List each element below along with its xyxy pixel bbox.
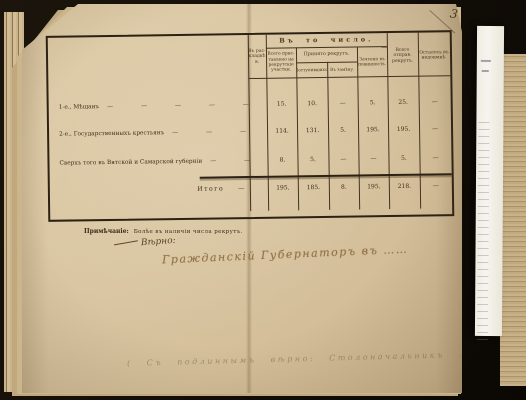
row-label-cell: 2-е., Государственныхъ крестьянъ — — — —… <box>49 128 249 138</box>
handwritten-pencil-note: ( Съ подлиннымъ вѣрно: Столоначальникъ …… <box>127 349 500 368</box>
ruled-ticks <box>477 122 490 346</box>
cell-value: 25. <box>388 99 419 106</box>
row-label-cell: 1-е., Мѣщанъ — — — — — — — — — — <box>49 101 249 111</box>
cell-value: — <box>328 155 358 162</box>
col-header-v-zamenu: Въ замѣну. <box>327 62 357 75</box>
cell-total-value: — <box>420 182 452 189</box>
col-header-vsego-otpravleno: Всего отправ. рекрутъ. <box>387 41 418 71</box>
handwritten-inscription: Гражданскій Губернаторъ въ …… <box>162 243 409 267</box>
totals-separator-rule <box>200 173 452 179</box>
page-stack-edge-right <box>500 54 526 386</box>
cell-value: 5. <box>388 155 419 162</box>
recruit-table: Въ рас- кладкѣ в. Въ то число. Всего при… <box>46 30 455 222</box>
total-label: Итого <box>197 185 224 192</box>
cell-value: 5. <box>358 99 388 106</box>
cell-value: — <box>419 98 451 105</box>
cell-value: 15. <box>267 100 297 107</box>
total-dash: — <box>238 185 246 192</box>
col-group-header-v-to-chislo: Въ то число. <box>266 33 387 48</box>
handwritten-verification: Вѣрно: <box>114 236 176 250</box>
scanned-book-photo: 37. Въ рас- кладкѣ в. Въ то число. Всего… <box>0 0 526 400</box>
faint-mark <box>481 60 491 62</box>
col-group-header-prinyato: Принято рекрутъ. <box>296 47 357 61</box>
cell-value: 131. <box>297 127 328 134</box>
dash-leader: — — — — — — — — — — <box>99 101 249 110</box>
cell-value: 5. <box>297 156 328 163</box>
cell-value: — <box>419 154 451 161</box>
cell-value: 10. <box>297 100 328 107</box>
row-label-cell: Сверхъ того въ Вятской и Самарской губер… <box>49 157 249 167</box>
white-inserted-sheet <box>475 26 504 336</box>
cell-value: — <box>358 155 388 162</box>
dash-leader: — — — — — — — — — — <box>202 157 249 165</box>
cell-value: — <box>419 125 451 132</box>
cell-total-value: 195. <box>268 184 298 191</box>
footnote-text: Болѣе въ наличіи числа рекрутъ. <box>134 229 243 235</box>
col-header-ostalos-v-nedoimke: Осталось въ недоимкѣ. <box>418 40 450 70</box>
col-header-vsego-pristavleno: Всего прис- тавлено на рекрутскіе участк… <box>266 48 296 76</box>
footnote: Примѣчаніе: Болѣе въ наличіи числа рекру… <box>84 228 243 235</box>
cell-value: — <box>328 99 358 106</box>
faint-mark <box>482 70 489 72</box>
cell-total-value: 218. <box>389 183 420 190</box>
col-header-zachteno: Зачтено въ повинность. <box>357 49 387 75</box>
cell-value: 5. <box>328 126 358 133</box>
col-header-razkladka: Въ рас- кладкѣ в. <box>248 37 267 77</box>
cell-value: 8. <box>267 156 297 163</box>
dash-leader: — — — — — — — — — — <box>164 128 249 136</box>
col-header-postupivshih: Поступившихъ. <box>296 63 327 76</box>
cell-total-value: 8. <box>329 183 359 190</box>
row-label: 2-е., Государственныхъ крестьянъ <box>59 130 164 137</box>
cell-value: 114. <box>267 127 297 134</box>
cell-value: 195. <box>388 126 419 133</box>
total-label-cell: Итого — <box>50 185 250 195</box>
cell-total-value: 185. <box>298 184 329 191</box>
main-page: 37. Въ рас- кладкѣ в. Въ то число. Всего… <box>22 4 462 393</box>
cell-total-value: 195. <box>359 183 389 190</box>
row-label: Сверхъ того въ Вятской и Самарской губер… <box>59 159 202 167</box>
cell-value: 195. <box>358 126 388 133</box>
footnote-label: Примѣчаніе: <box>84 228 129 235</box>
row-label: 1-е., Мѣщанъ <box>59 104 100 111</box>
